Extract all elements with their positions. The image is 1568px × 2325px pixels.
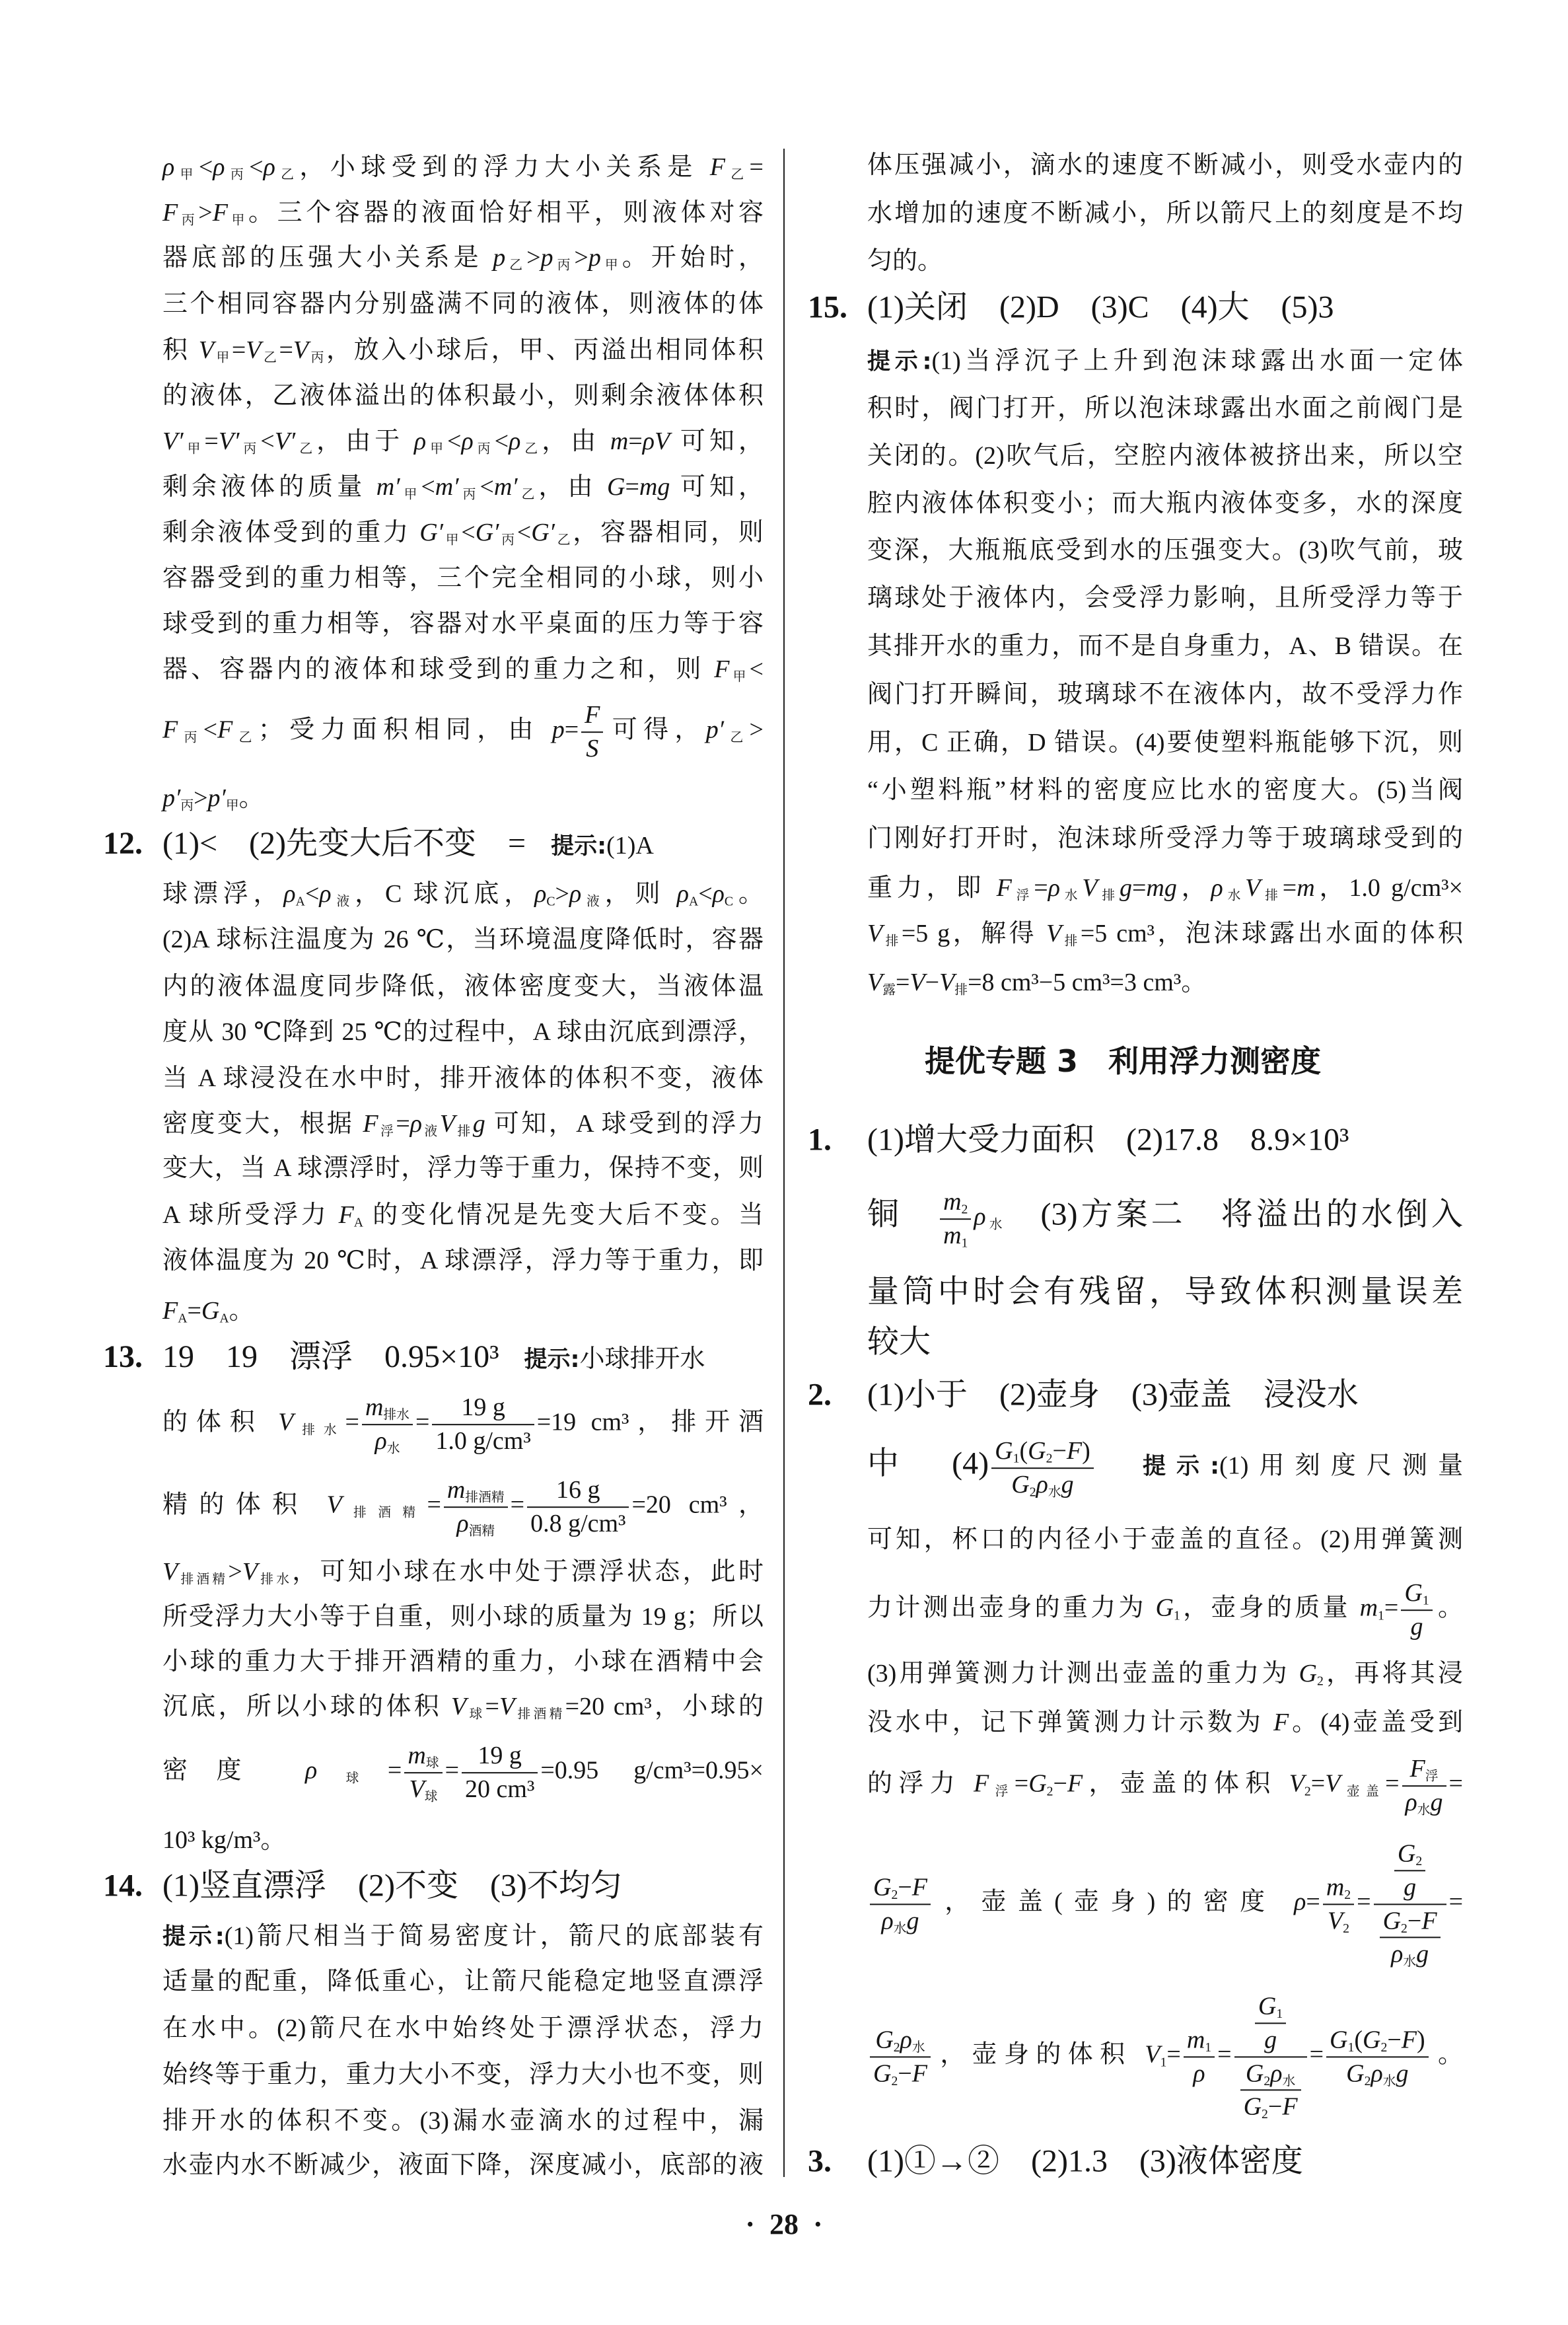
text-run: ，壶盖(壶身)的密度 [933,1888,1294,1916]
subscript: 甲 [184,442,205,457]
text-run: ( [1019,1437,1028,1465]
answer-text: (1)< (2)先变大后不变 = [162,826,526,861]
line-content: 13.19 19 漂浮 0.95×10³ 提示:小球排开水 [162,1334,764,1383]
fraction: G1g [1255,1991,1286,2055]
line-content: ρ甲<ρ丙<ρ乙，小球受到的浮力大小关系是 F乙= [162,144,764,190]
line-content: 力计测出壶身的重力为 G1，壶身的质量 m1=G1g。 [867,1578,1463,1642]
line-content: 变大，当 A 球漂浮时，浮力等于重力，保持不变，则 [162,1145,764,1191]
text-run: > [194,784,207,812]
text-run: 的体积 [162,1409,278,1436]
subscript: 甲 [226,799,239,813]
fraction-numerator: G2g [1374,1839,1446,1903]
subscript: 水 [986,1217,1006,1232]
fraction-denominator: m1 [940,1218,971,1251]
fraction-denominator: ρ水g [1380,1937,1441,1970]
math-variable: V [1082,874,1097,902]
subscript: 乙 [505,258,526,273]
subscript: 2 [894,2040,900,2055]
text-run: = [1132,874,1146,902]
math-variable: g [1264,2026,1277,2053]
subscript: 球 [317,1771,388,1785]
fraction-numerator: 16 g [527,1475,629,1506]
text-run: 20 cm³ [465,1775,534,1803]
math-variable: g [1431,1789,1443,1816]
text-run: 剩余液体受到的重力 [162,519,419,546]
subscript: C [546,895,555,909]
math-variable: G [607,473,625,501]
subscript: 水 [1417,1803,1431,1818]
subscript: 2 [1264,2074,1270,2088]
text-run: = [1217,2041,1231,2069]
text-run [1096,1452,1143,1480]
line-content: V露=V−V排=8 cm³−5 cm³=3 cm³。 [867,959,1463,1006]
text-run: = [485,1693,499,1720]
subscript: 甲 [174,168,199,182]
fraction: G1(G2−F)G2ρ水g [1326,2025,1429,2088]
page-number-value: 28 [769,2208,799,2240]
text-run: < [260,427,274,455]
subscript: 1 [1423,1594,1429,1608]
text-run: 匀的。 [867,247,943,275]
math-variable: G [873,1873,891,1901]
line-content: 适量的配重，降低重心，让箭尺能稳定地竖直漂浮 [162,1958,764,2005]
line-content: 液体温度为 20 ℃时，A 球漂浮，浮力等于重力，即 [162,1237,764,1284]
text-run: 19 g [478,1742,522,1769]
fraction-numerator: G2ρ水 [1240,2059,1301,2090]
fraction-denominator: G2ρ水g [991,1467,1094,1500]
text-run: = [628,427,642,455]
hint-label: 提示: [551,833,606,860]
fraction-numerator: F [581,700,603,731]
line-content: 沉底，所以小球的体积 V球=V排酒精=20 cm³，小球的 [162,1683,764,1730]
subscript: 乙 [295,442,316,457]
math-variable: F [974,1770,989,1798]
line-content: 可知，杯口的内径小于壶盖的直径。(2)用弹簧测 [867,1516,1463,1563]
subscript: 丙 [308,351,326,365]
math-variable: V [326,1491,341,1519]
line-content: 水增加的速度不断减小，所以箭尺上的刻度是不均 [867,190,1463,237]
math-variable: ρV [643,427,670,455]
math-variable: V′ [162,427,184,455]
math-variable: G′ [476,519,499,546]
subscript: 壶盖 [1340,1784,1385,1798]
line-content: 在水中。(2)箭尺在水中始终处于漂浮状态，浮力 [162,2005,764,2051]
math-variable: ρ [374,1427,386,1455]
line-content: 精的体积 V排酒精=m排酒精ρ酒精=16 g0.8 g/cm³=20 cm³， [162,1475,764,1539]
fraction-denominator: 20 cm³ [462,1772,538,1804]
math-variable: V [293,336,308,364]
subscript: 甲 [400,488,421,502]
math-variable: ρ [1294,1888,1306,1916]
math-variable: m′ [435,473,459,501]
text-run: 可知， [670,473,764,501]
line-content: 腔内液体体积变小；而大瓶内液体变多，水的深度 [867,480,1463,527]
fraction-numerator: 19 g [462,1741,538,1772]
text-run: < [698,880,712,908]
text-run [526,832,551,860]
math-variable: m [408,1742,425,1769]
math-variable: F [585,701,600,729]
math-variable: ρ [414,427,426,455]
fraction: m球V球 [404,1741,442,1804]
math-variable: g [1061,1471,1074,1498]
line-content: 门刚好打开时，泡沫球所受浮力等于玻璃球受到的 [867,815,1463,862]
line-content: (3)用弹簧测力计测出壶盖的重力为 G2，再将其浸 [867,1650,1463,1697]
subscript: 2 [891,2074,898,2088]
subscript: 乙 [232,730,258,745]
text-run: =19 cm³，排开酒 [537,1409,764,1436]
fraction: G2gG2−Fρ水g [1374,1839,1446,1969]
subscript: 球 [425,1790,438,1804]
subscript: 1 [1347,2040,1354,2055]
text-run: 小球排开水 [579,1345,705,1373]
subscript: 水 [1282,2074,1295,2088]
subscript: 排酒精 [178,1572,228,1587]
text-run: < [305,880,319,908]
math-variable: m [447,1476,465,1504]
subscript: 排水 [383,1408,410,1422]
subscript: 排 [954,983,968,998]
subscript: 2 [1047,1784,1053,1798]
text-run: − [1408,1907,1421,1935]
math-variable: F [1273,1709,1289,1736]
math-variable: V [1245,874,1260,902]
answer-text: (1)增大受力面积 (2)17.8 8.9×10³ [867,1123,1349,1158]
text-run: ) [1082,1437,1090,1465]
subscript: 1 [1160,2055,1167,2069]
page-number-dot: · [745,2208,755,2240]
text-run: > [526,244,540,272]
text-run: 密度变大，根据 [162,1110,363,1138]
text-run: = [279,336,293,364]
math-variable: F [1421,1907,1437,1935]
text-run: 变大，当 A 球漂浮时，浮力等于重力，保持不变，则 [162,1154,764,1182]
fraction-numerator: G2 [1394,1839,1425,1870]
math-variable: ρ [283,880,295,908]
text-run: 密度 [162,1757,305,1785]
text-run: (1)箭尺相当于简易密度计，箭尺的底部装有 [225,1923,764,1950]
math-variable: V [451,1693,466,1720]
math-variable: F [710,153,725,181]
fraction-denominator: g [1394,1870,1425,1902]
fraction-denominator: G2−F [1240,2090,1301,2122]
subscript: 水 [912,2040,925,2055]
subscript: 浮 [1012,889,1034,903]
math-variable: ρ [1048,874,1060,902]
subscript: 1 [1378,1608,1384,1623]
subscript: 乙 [725,168,750,182]
text-run: 在水中。(2)箭尺在水中始终处于漂浮状态，浮力 [162,2014,764,2042]
line-content: 剩余液体受到的重力 G′甲<G′丙<G′乙，容器相同，则 [162,509,764,556]
subscript: 2 [1415,1854,1422,1868]
text-run: = [1449,1770,1463,1798]
right-column: 体压强减小，滴水的速度不断减小，则受水壶内的水增加的速度不断减小，所以箭尺上的刻… [867,0,1463,2325]
fraction-numerator: m排水 [362,1393,413,1424]
item-number: 2. [808,1372,867,1419]
text-run: = [625,473,639,501]
math-variable: G [1330,2026,1347,2053]
text-run: 可得， [606,716,705,744]
text-run: = [750,153,764,181]
subscript: C [725,895,733,909]
math-variable: V [1145,2041,1160,2069]
math-variable: ρ [713,880,725,908]
text-run: 适量的配重，降低重心，让箭尺能稳定地竖直漂浮 [162,1968,764,1995]
text-run: = [415,1409,429,1436]
line-content: 匀的。 [867,238,1463,284]
subscript: 浮 [1425,1769,1439,1784]
math-variable: p [541,244,553,272]
subscript: 液 [332,895,355,909]
text-run: = [1034,874,1048,902]
subscript: 排 [1260,889,1282,903]
line-content: G2ρ水G2−F，壶身的体积 V1=m1ρ=G1gG2ρ水G2−F=G1(G2−… [867,1991,1463,2122]
text-run: 内的液体温度同步降低，液体密度变大，当液体温 [162,973,764,1000]
text-run: = [1310,2041,1324,2069]
line-content: 2.(1)小于 (2)壶身 (3)壶盖 浸没水 [867,1372,1463,1421]
math-variable: m [610,427,628,455]
subscript: 排 [1061,934,1081,949]
text-run: = [427,1491,441,1519]
math-variable: p [493,244,505,272]
text-run: 的液体，乙液体溢出的体积最小，则剩余液体体积 [162,382,764,410]
subscript: 球 [466,1707,485,1722]
math-variable: V [242,1558,258,1586]
line-content: 用，C 正确，D 错误。(4)要使塑料瓶能够下沉，则 [867,720,1463,766]
fraction-numerator: m2 [940,1187,971,1218]
line-content: V排=5 g，解得 V排=5 cm³，泡沫球露出水面的体积 [867,910,1463,957]
item-number: 15. [808,285,867,331]
text-run: = [1385,1770,1399,1798]
text-run: = [445,1757,459,1785]
subscript: 丙 [178,730,203,745]
math-variable: ρ [213,153,225,181]
math-variable: V [909,969,925,996]
math-variable: m [943,1188,961,1216]
math-variable: V [1325,1770,1340,1798]
text-run: 没水中，记下弹簧测力计示数为 [867,1709,1273,1736]
line-content: 其排开水的重力，而不是自身重力，A、B 错误。在 [867,623,1463,669]
subscript: 2 [962,1202,968,1217]
subscript: 乙 [724,730,749,745]
text-run: ，再将其浸 [1324,1660,1463,1687]
text-run: 精的体积 [162,1491,326,1519]
math-variable: G [1028,1770,1046,1798]
math-variable: F [213,199,228,227]
line-content: 关闭的。(2)吹气后，空腔内液体被挤出来，所以空 [867,433,1463,479]
fraction-numerator: F浮 [1402,1754,1446,1785]
math-variable: G [1346,2059,1364,2087]
subscript: A [178,1311,187,1326]
document-page: ρ甲<ρ丙<ρ乙，小球受到的浮力大小关系是 F乙=F丙>F甲。三个容器的液面恰好… [0,0,1568,2325]
text-run: < [249,153,263,181]
text-run [499,1345,524,1373]
text-run: ，小球受到的浮力大小关系是 [299,153,709,181]
section-heading: 提优专题 3 利用浮力测密度 [867,1043,1321,1079]
answer-text: 量筒中时会有残留，导致体积测量误差 [867,1274,1463,1310]
fraction-denominator: ρ水g [1402,1785,1446,1818]
fraction: 16 g0.8 g/cm³ [527,1475,629,1539]
math-variable: g [1404,1873,1416,1901]
text-run: 水壶内水不断减少，液面下降，深度减小，底部的液 [162,2151,764,2179]
fraction-denominator: ρ水g [870,1903,931,1936]
subscript: 1 [1205,2040,1211,2055]
line-content: FA=GA。 [162,1288,764,1334]
math-variable: m [1297,874,1314,902]
line-content: (2)A 球标注温度为 26 ℃，当环境温度降低时，容器 [162,916,764,963]
line-content: 提优专题 3 利用浮力测密度 [867,1038,1463,1087]
text-run: − [925,969,939,996]
math-variable: ρ [456,1510,468,1537]
fraction-denominator: g [1255,2022,1286,2055]
text-run: 的变化情况是先变大后不变。当 [363,1201,764,1229]
text-run: < [461,519,475,546]
page-number-dot: · [813,2208,823,2240]
text-run: = [388,1757,402,1785]
fraction-numerator: m球 [404,1741,442,1772]
line-content: 15.(1)关闭 (2)D (3)C (4)大 (5)3 [867,285,1463,333]
line-content: 球漂浮，ρA<ρ液，C 球沉底，ρC>ρ液，则 ρA<ρC。 [162,871,764,917]
text-run: 始终等于重力，重力大小不变，浮力大小也不变，则 [162,2061,764,2088]
math-variable: ρ [461,427,473,455]
text-run: 10³ kg/m³。 [162,1826,285,1854]
math-variable: G [201,1297,219,1325]
math-variable: V [939,969,954,996]
math-variable: F [997,874,1012,902]
math-variable: V [1289,1770,1304,1798]
math-variable: m [943,1222,961,1249]
fraction-denominator: ρ [1184,2056,1215,2088]
item-number: 1. [808,1117,867,1163]
subscript: A [219,1311,229,1326]
line-content: A 球所受浮力 FA 的变化情况是先变大后不变。当 [162,1192,764,1238]
hint-label: 提示: [524,1347,579,1373]
math-variable: V [246,336,261,364]
math-variable: ρ [881,1907,893,1935]
fraction-numerator: G1 [1401,1578,1432,1609]
math-variable: F [162,1297,178,1325]
math-variable: F [714,655,729,683]
answer-text: (3)方案二 将溢出的水倒入 [1006,1197,1463,1232]
math-variable: m [365,1393,383,1421]
text-run: > [750,716,764,744]
text-run: “小塑料瓶”材料的密度应比水的密度大。(5)当阀 [867,776,1463,804]
text-run: 液体温度为 20 ℃时，A 球漂浮，浮力等于重力，即 [162,1247,764,1274]
math-variable: m′ [494,473,518,501]
text-run: 腔内液体体积变小；而大瓶内液体变多，水的深度 [867,490,1463,517]
fraction: G2g [1394,1839,1425,1902]
math-variable: V′ [219,427,240,455]
math-variable: G [1363,2026,1380,2053]
text-run: ) [1417,2026,1425,2053]
hint-label: 提示: [162,1924,225,1950]
text-run: ，则 [605,880,677,908]
math-variable: mg [639,473,670,501]
subscript: 甲 [228,213,248,228]
text-run: − [1268,2093,1282,2121]
text-run: 水增加的速度不断减小，所以箭尺上的刻度是不均 [867,200,1463,227]
text-run: − [898,1873,911,1901]
math-variable: G [1398,1839,1415,1867]
text-run: 剩余液体的质量 [162,473,376,501]
line-content: 容器受到的重力相等，三个完全相同的小球，则小 [162,555,764,601]
subscript: 浮 [378,1125,396,1139]
line-content: 排开水的体积不变。(3)漏水壶滴水的过程中，漏 [162,2098,764,2144]
math-variable: g [1411,1613,1423,1641]
text-run: 小球的重力大于排开酒精的重力，小球在酒精中会 [162,1648,764,1676]
subscript: 2 [1317,1674,1324,1689]
text-run: = [232,336,246,364]
subscript: 浮 [989,1784,1015,1798]
text-run: = [1449,1888,1463,1916]
item-number: 3. [808,2139,867,2185]
subscript: 排 [882,934,902,949]
line-content: 14.(1)竖直漂浮 (2)不变 (3)不均匀 [162,1863,764,1911]
math-variable: g [1120,874,1132,902]
subscript: 甲 [426,442,447,457]
math-variable: ρ [319,880,331,908]
text-run: < [480,473,493,501]
text-run: 球受到的重力相等，容器对水平桌面的压力等于容 [162,610,764,638]
subscript: 2 [1304,1784,1311,1798]
text-run: 可知，杯口的内径小于壶盖的直径。(2)用弹簧测 [867,1526,1463,1553]
line-content: 小球的重力大于排开酒精的重力，小球在酒精中会 [162,1639,764,1685]
text-run: ，由 [542,427,610,455]
math-variable: ρ [569,880,581,908]
fraction-denominator: G2−Fρ水g [1374,1903,1446,1970]
fraction: G2ρ水G2−F [870,2025,931,2088]
math-variable: V′ [275,427,296,455]
line-content: 积 V甲=V乙=V丙，放入小球后，甲、丙溢出相同体积 [162,327,764,373]
text-run: 用，C 正确，D 错误。(4)要使塑料瓶能够下沉，则 [867,729,1463,757]
text-run: 球漂浮， [162,880,283,908]
text-run: 体压强减小，滴水的速度不断减小，则受水壶内的 [867,151,1463,179]
subscript: 乙 [520,442,542,457]
math-variable: m [1187,2026,1205,2053]
text-run: ，壶身的体积 [933,2041,1145,2069]
subscript: 甲 [214,351,232,365]
page-number: ·28· [0,2207,1568,2242]
text-run: > [574,244,588,272]
text-run: 沉底，所以小球的体积 [162,1693,451,1720]
fraction-denominator: S [581,731,603,764]
fraction-denominator: 0.8 g/cm³ [527,1506,629,1539]
text-run: = [1166,2041,1180,2069]
text-run: < [517,519,531,546]
math-variable: g [473,1110,485,1138]
text-run: 器、容器内的液体和球受到的重力之和，则 [162,655,714,683]
text-run: 三个相同容器内分别盛满不同的液体，则液体的体 [162,290,764,318]
text-run: = [565,716,579,744]
answer-text: (1)小于 (2)壶身 (3)壶盖 浸没水 [867,1378,1359,1413]
math-variable: G [1404,1579,1422,1607]
fraction-denominator: G2ρ水G2−F [1234,2056,1307,2122]
text-run: 可知，A 球受到的浮力 [485,1110,764,1138]
text-run: 19 g [461,1393,505,1421]
answer-text: 中 (4) [867,1446,989,1481]
text-run: (2)A 球标注温度为 26 ℃，当环境温度降低时，容器 [162,926,764,953]
line-content: 密度 ρ球=m球V球=19 g20 cm³=0.95 g/cm³=0.95× [162,1741,764,1804]
text-run: (1)用刻度尺测量 [1219,1452,1463,1480]
subscript: 丙 [239,442,260,457]
text-run: < [421,473,435,501]
line-content: 积时，阀门打开，所以泡沫球露出水面之前阀门是 [867,385,1463,431]
text-run: =20 cm³， [631,1491,764,1519]
subscript: 水 [1060,889,1082,903]
text-run: 可知， [670,427,764,455]
text-run: 。开始时， [622,244,764,272]
line-content: 三个相同容器内分别盛满不同的液体，则液体的体 [162,281,764,327]
